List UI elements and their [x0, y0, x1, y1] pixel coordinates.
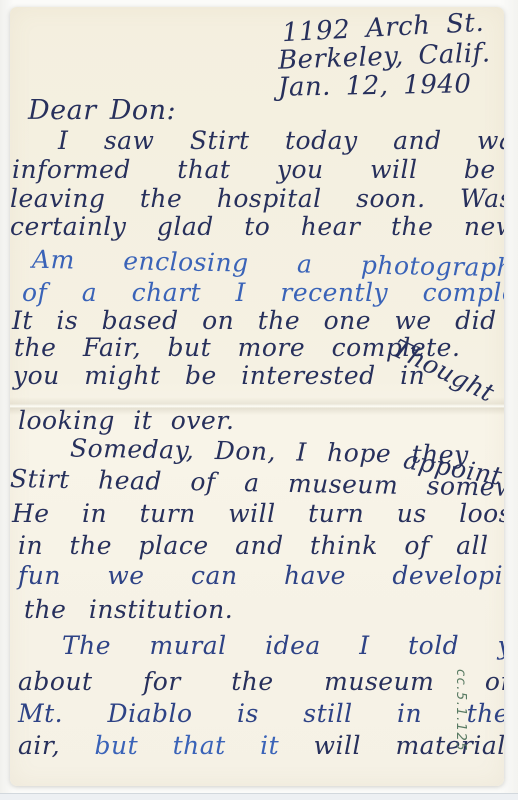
- letter-paper: 1192 Arch St. Berkeley, Calif. Jan. 12, …: [10, 7, 504, 786]
- handwriting-line: I saw Stirt today and was: [58, 128, 504, 154]
- salutation: Dear Don:: [28, 97, 176, 125]
- handwriting-line: about for the museum on: [18, 669, 504, 695]
- line-part: will materialize: [314, 731, 504, 760]
- handwriting-line: fun we can have developing: [18, 563, 504, 589]
- line-part: air,: [18, 731, 95, 760]
- handwriting-line: in the place and think of all the: [18, 533, 504, 559]
- handwriting-line: It is based on the one we did at: [12, 308, 504, 334]
- handwriting-line: Mt. Diablo is still in the: [18, 701, 504, 727]
- handwriting-line: The mural idea I told you: [62, 633, 504, 659]
- handwriting-line: the institution.: [24, 597, 233, 623]
- scan-edge-strip: [0, 793, 518, 800]
- date-line: Jan. 12, 1940: [278, 71, 472, 102]
- handwriting-line: you might be interested in: [13, 363, 425, 389]
- catalog-number: cc.5.1.125: [453, 669, 468, 752]
- handwriting-line: of a chart I recently completed.: [22, 280, 504, 306]
- handwriting-line: leaving the hospital soon. Was: [10, 186, 504, 212]
- handwriting-line: certainly glad to hear the news.: [10, 214, 504, 240]
- handwriting-line: He in turn will turn us loose: [12, 501, 504, 527]
- handwriting-line: informed that you will be: [12, 157, 496, 183]
- handwriting-line: air, but that it will materialize: [18, 733, 504, 759]
- handwriting-line: Stirt head of a museum somewhere.: [10, 466, 504, 502]
- scan-background: 1192 Arch St. Berkeley, Calif. Jan. 12, …: [0, 0, 518, 800]
- handwriting-line: Am enclosing a photograph: [32, 247, 504, 282]
- line-part: but that it: [95, 731, 314, 760]
- handwriting-line: looking it over.: [18, 408, 234, 434]
